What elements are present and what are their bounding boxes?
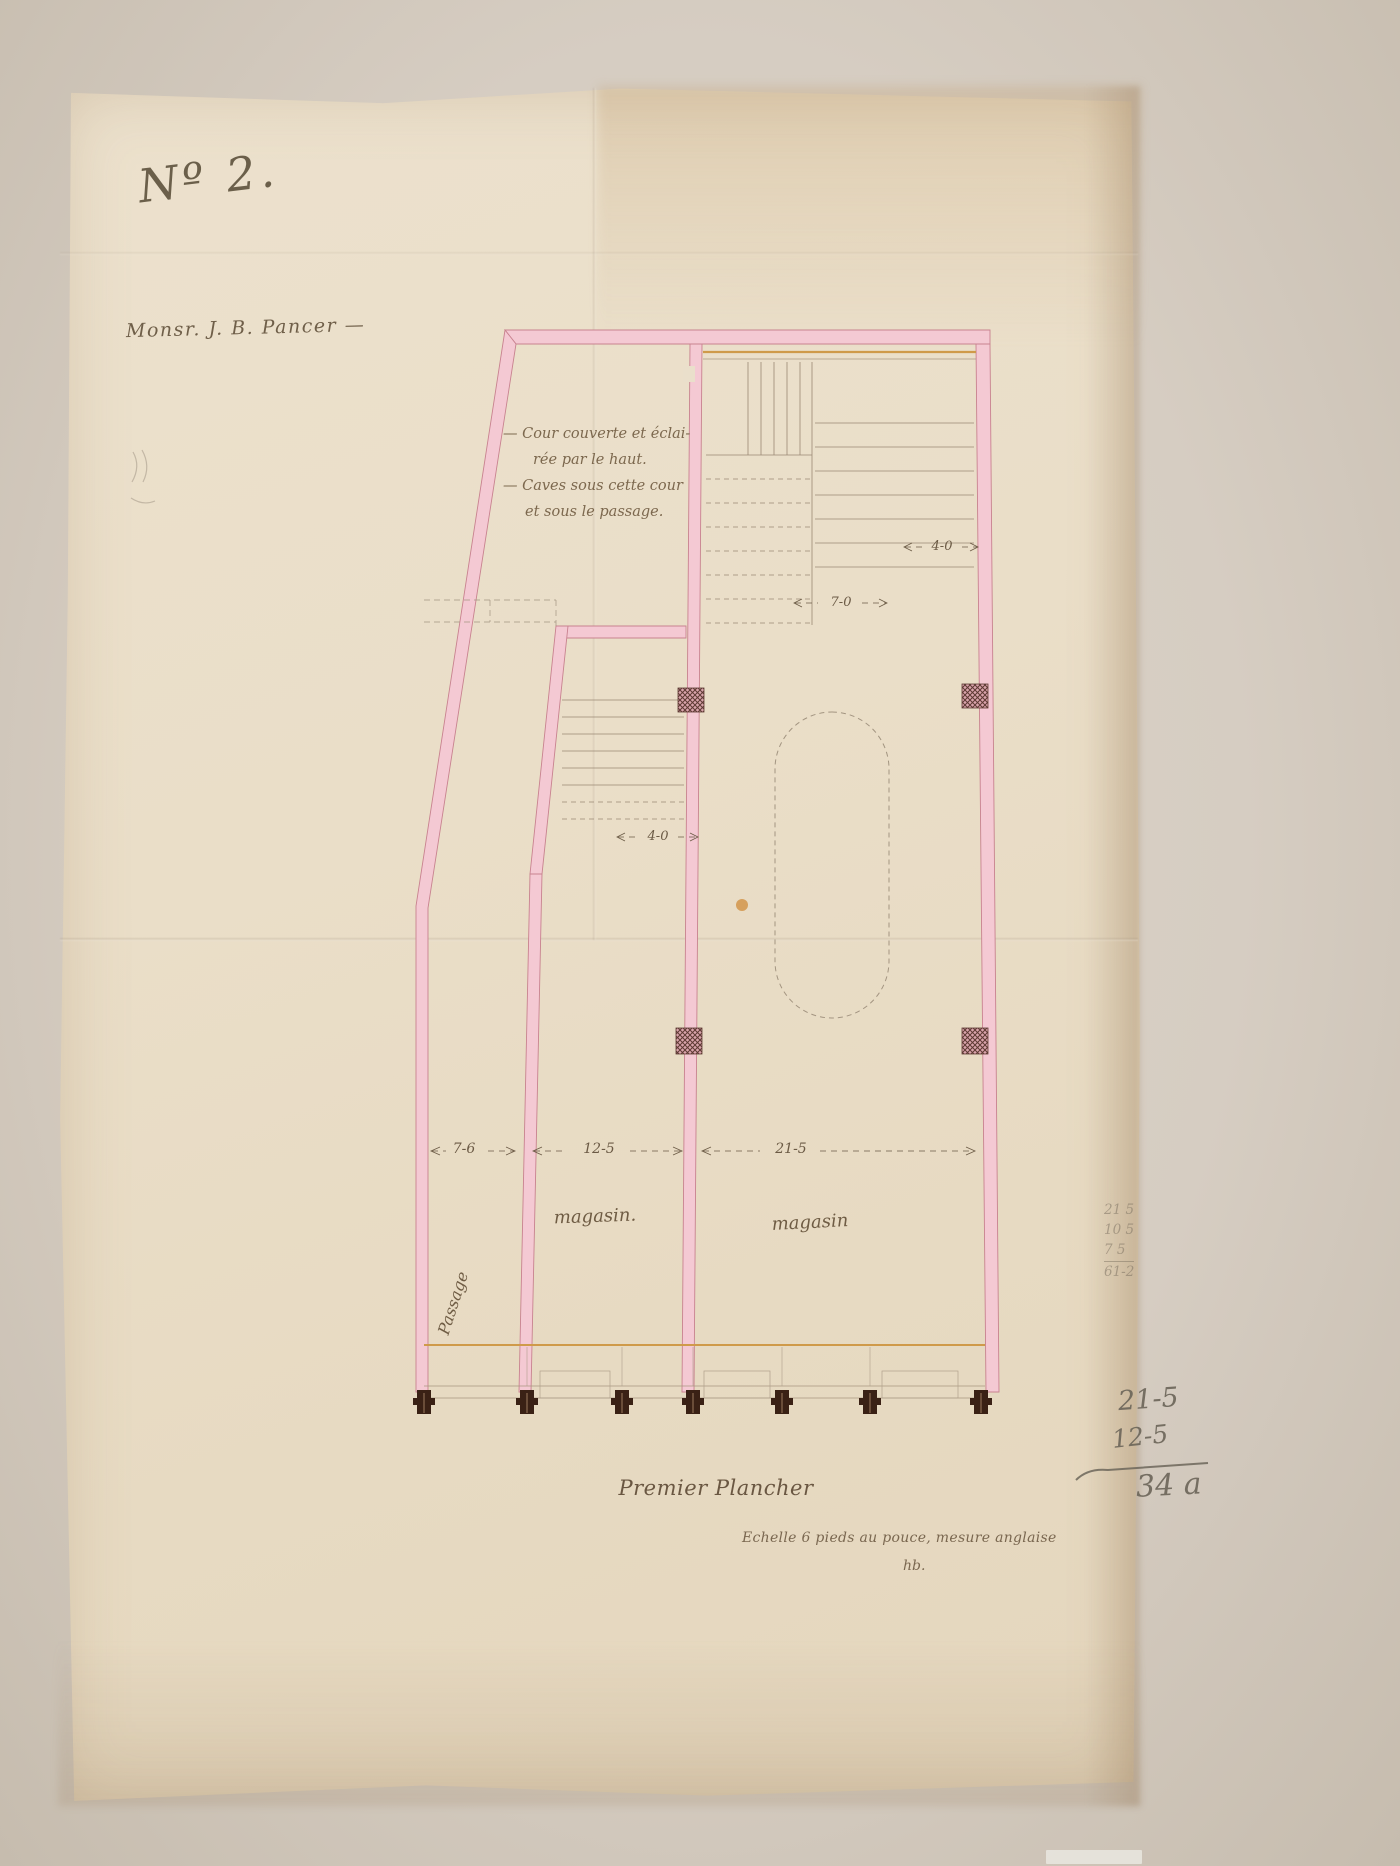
- scale-initials: hb.: [903, 1558, 925, 1574]
- pencil-calc-line: 61-2: [1104, 1262, 1134, 1282]
- hatched-piers: [676, 684, 988, 1054]
- annotation-line: rée par le haut.: [533, 452, 690, 478]
- dimension-label-passage: 7-6: [442, 1141, 486, 1157]
- pencil-sum-21-5: 21-5: [1117, 1382, 1180, 1417]
- orange-spot: [736, 899, 748, 911]
- dimension-label-stair-left: 4-0: [637, 829, 679, 844]
- drawing-title: Premier Plancher: [616, 1476, 816, 1500]
- plan-linework: [0, 0, 1400, 1866]
- staircase-left: [562, 700, 684, 819]
- pencil-calc-line: 7 5: [1104, 1240, 1134, 1262]
- staircase-right: [706, 362, 974, 625]
- pencil-calc-line: 10 5: [1104, 1220, 1134, 1240]
- catalog-tag: [1046, 1850, 1142, 1864]
- annotation-line: — Cour couverte et éclai-: [503, 426, 690, 452]
- door-gap: [683, 366, 695, 382]
- dimension-label-stair-right-lower: 7-0: [819, 595, 863, 610]
- dimension-label-shop1: 12-5: [570, 1141, 628, 1157]
- storefront: [413, 1345, 992, 1414]
- dimension-label-stair-right-upper: 4-0: [921, 539, 963, 554]
- room-label-magasin-1: magasin.: [535, 1204, 656, 1229]
- annotation-line: et sous le passage.: [525, 504, 690, 530]
- entry-lines: [703, 352, 976, 359]
- pencil-calc-line: 21 5: [1104, 1200, 1134, 1220]
- pencil-calculation: 21 5 10 5 7 5 61-2: [1104, 1200, 1134, 1282]
- annotation-line: — Caves sous cette cour: [503, 478, 690, 504]
- pencil-strokes: [131, 450, 1208, 1480]
- pencil-sum-result: 34 a: [1135, 1466, 1202, 1504]
- dimension-label-shop2: 21-5: [762, 1141, 820, 1157]
- pencil-sum-12-5: 12-5: [1111, 1419, 1170, 1454]
- photographed-drawing: Nº 2. Monsr. J. B. Pancer — — Cour couve…: [0, 0, 1400, 1866]
- caves-dashed: [424, 600, 556, 626]
- plan-annotation: — Cour couverte et éclai- rée par le hau…: [503, 426, 690, 530]
- dashed-oval-opening: [775, 712, 889, 1018]
- scale-note: Echelle 6 pieds au pouce, mesure anglais…: [742, 1530, 1057, 1546]
- margin-scribble: [131, 450, 155, 503]
- dimension-lines: [431, 543, 978, 1155]
- storefront-columns: [413, 1390, 992, 1414]
